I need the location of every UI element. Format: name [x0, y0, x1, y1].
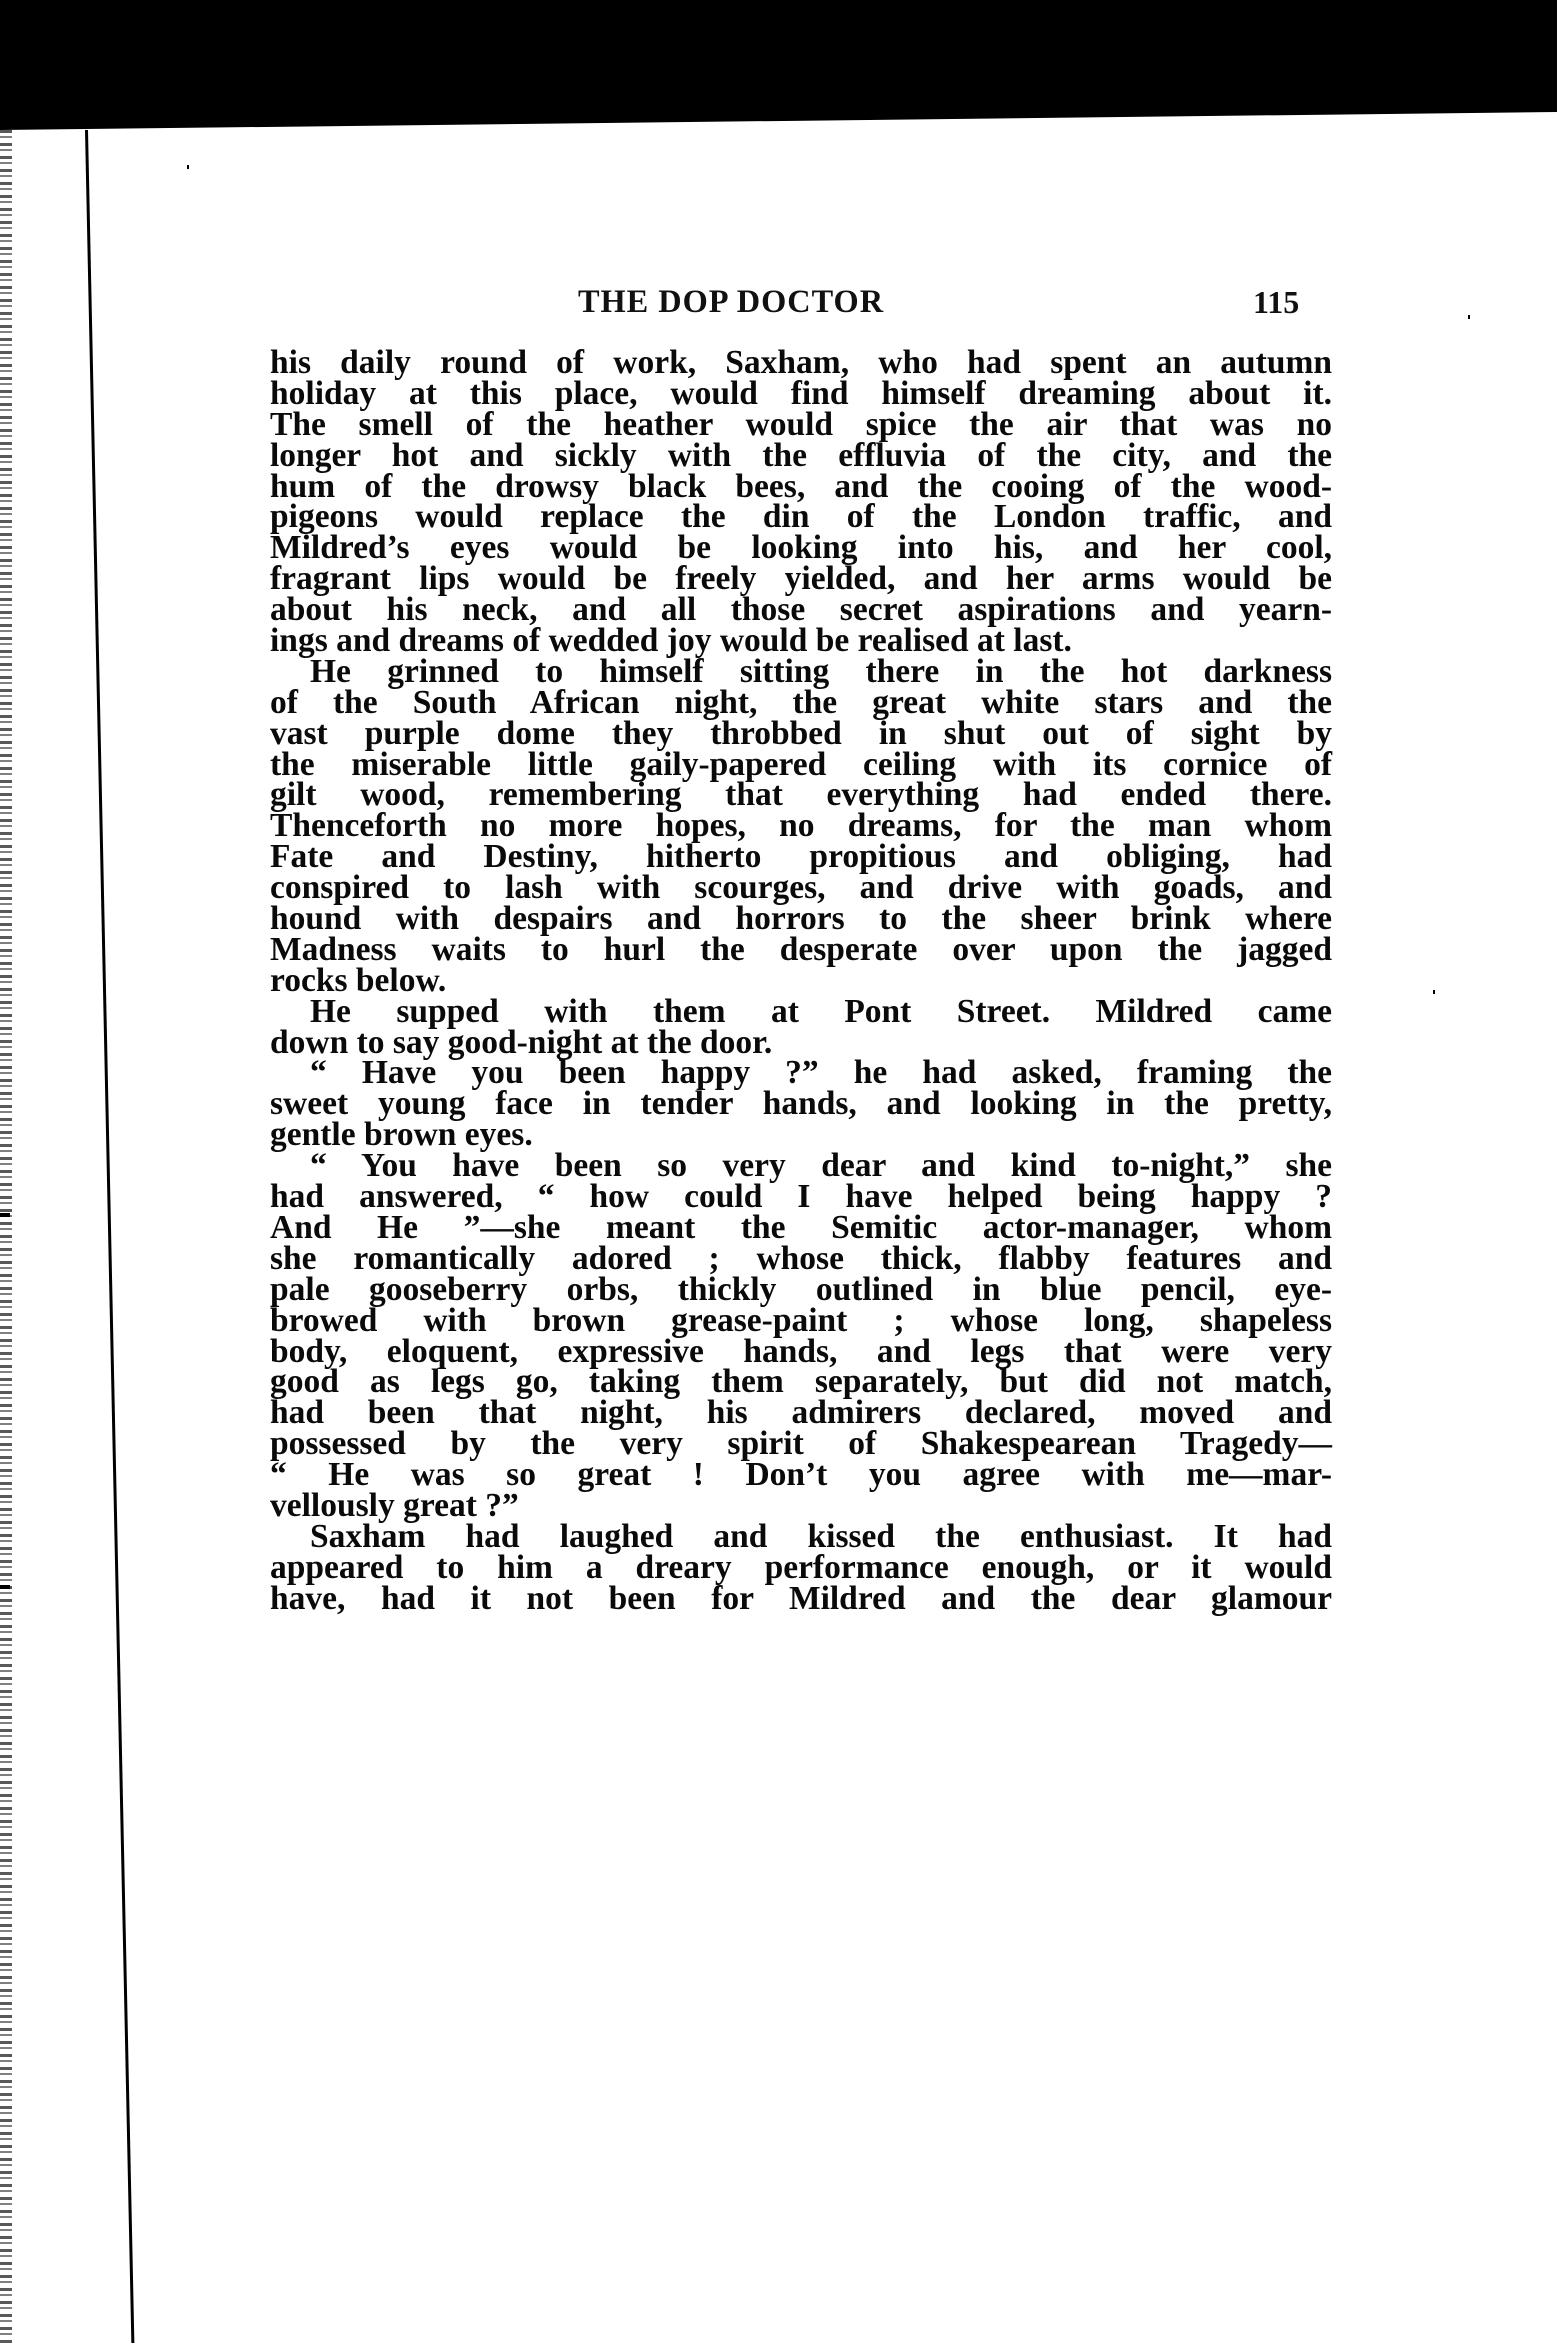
body-text: his daily round of work, Saxham, who had…	[270, 348, 1332, 1615]
page-edge-scan-noise	[0, 130, 12, 2343]
text-line: pale gooseberry orbs, thickly outlined i…	[270, 1275, 1332, 1306]
scan-top-dark-band	[0, 0, 1557, 130]
stray-mark	[187, 165, 189, 169]
page-number: 115	[1253, 284, 1299, 321]
stray-mark	[1433, 990, 1435, 994]
text-line: have, had it not been for Mildred and th…	[270, 1584, 1332, 1615]
text-line: He supped with them at Pont Street. Mild…	[270, 997, 1332, 1028]
running-head-title: THE DOP DOCTOR	[578, 284, 884, 321]
text-line: vast purple dome they throbbed in shut o…	[270, 719, 1332, 750]
text-line: longer hot and sickly with the effluvia …	[270, 441, 1332, 472]
running-head: THE DOP DOCTOR 115	[0, 284, 1557, 324]
margin-mark	[0, 1213, 10, 1217]
margin-mark	[0, 1585, 10, 1589]
text-line: appeared to him a dreary performance eno…	[270, 1553, 1332, 1584]
text-line: browed with brown grease-paint ; whose l…	[270, 1306, 1332, 1337]
